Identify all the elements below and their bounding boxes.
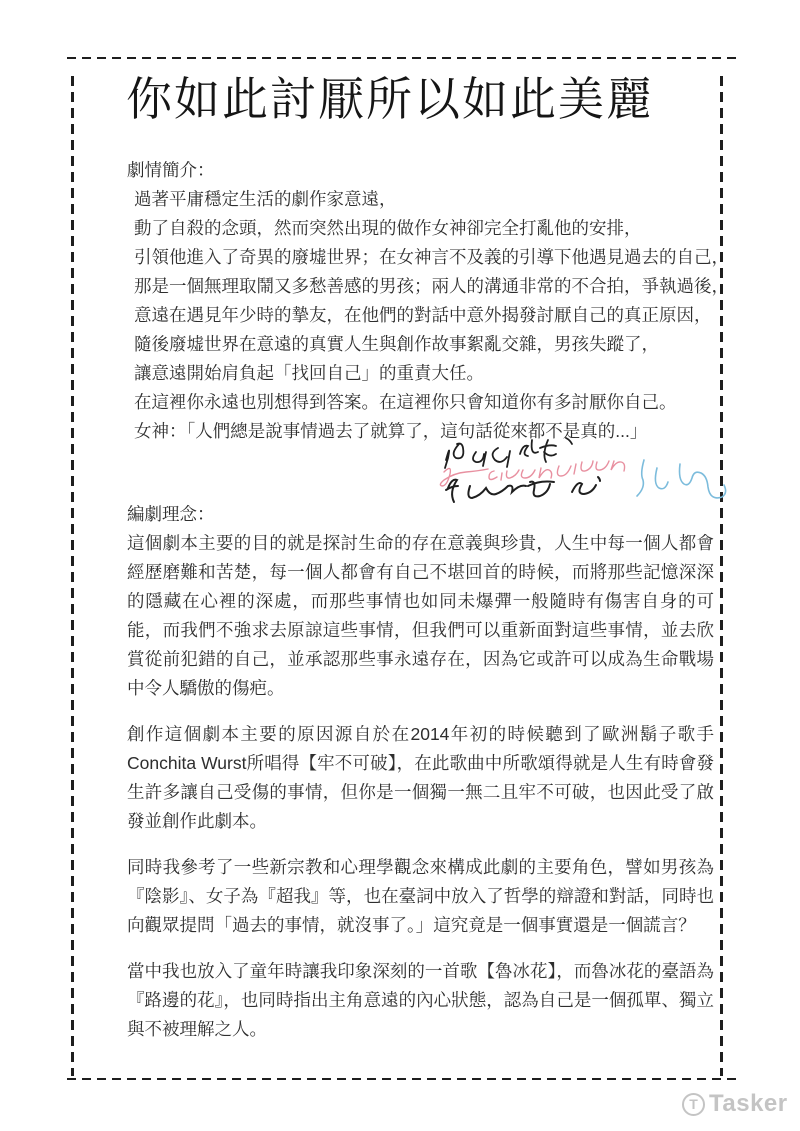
concept-heading: 編劇理念： bbox=[127, 500, 714, 529]
tasker-logo[interactable]: T Tasker bbox=[682, 1090, 788, 1118]
synopsis-line: 動了自殺的念頭，然而突然出現的做作女神卻完全打亂他的安排， bbox=[127, 214, 729, 243]
handwriting-black-line1 bbox=[445, 438, 572, 468]
handwriting-blue-signature bbox=[637, 460, 726, 498]
page-border-top bbox=[67, 57, 737, 59]
concept-paragraph: 創作這個劇本主要的原因源自於在2014年初的時候聽到了歐洲鬍子歌手 Conchi… bbox=[127, 720, 714, 836]
circle-t-icon: T bbox=[682, 1093, 705, 1116]
synopsis-heading: 劇情簡介： bbox=[127, 156, 729, 185]
page-border-left bbox=[71, 76, 74, 1076]
concept-paragraph: 同時我參考了一些新宗教和心理學觀念來構成此劇的主要角色，譬如男孩為『陰影』、女子… bbox=[127, 853, 714, 940]
concept-paragraph: 當中我也放入了童年時讓我印象深刻的一首歌【魯冰花】，而魯冰花的臺語為『路邊的花』… bbox=[127, 957, 714, 1044]
synopsis-line: 過著平庸穩定生活的劇作家意遠， bbox=[127, 185, 729, 214]
synopsis-line: 在這裡你永遠也別想得到答案。在這裡你只會知道你有多討厭你自己。 bbox=[127, 388, 729, 417]
concept-paragraph: 這個劇本主要的目的就是探討生命的存在意義與珍貴，人生中每一個人都會經歷磨難和苦楚… bbox=[127, 529, 714, 703]
page-title: 你如此討厭所以如此美麗 bbox=[126, 70, 654, 130]
synopsis-line: 讓意遠開始肩負起「找回自己」的重責大任。 bbox=[127, 359, 729, 388]
concept-section: 編劇理念： 這個劇本主要的目的就是探討生命的存在意義與珍貴，人生中每一個人都會經… bbox=[127, 500, 714, 1061]
synopsis-line: 引領他進入了奇異的廢墟世界；在女神言不及義的引導下他遇見過去的自己， bbox=[127, 243, 729, 272]
handwriting-black-line2 bbox=[446, 477, 600, 502]
synopsis-section: 劇情簡介： 過著平庸穩定生活的劇作家意遠， 動了自殺的念頭，然而突然出現的做作女… bbox=[127, 156, 729, 446]
synopsis-line: 那是一個無理取鬧又多愁善感的男孩；兩人的溝通非常的不合拍，爭執過後， bbox=[127, 272, 729, 301]
synopsis-line: 隨後廢墟世界在意遠的真實人生與創作故事絮亂交雜，男孩失蹤了， bbox=[127, 330, 729, 359]
page-border-bottom bbox=[67, 1078, 737, 1080]
synopsis-line: 意遠在遇見年少時的摯友，在他們的對話中意外揭發討厭自己的真正原因， bbox=[127, 301, 729, 330]
tasker-wordmark: Tasker bbox=[709, 1090, 788, 1118]
